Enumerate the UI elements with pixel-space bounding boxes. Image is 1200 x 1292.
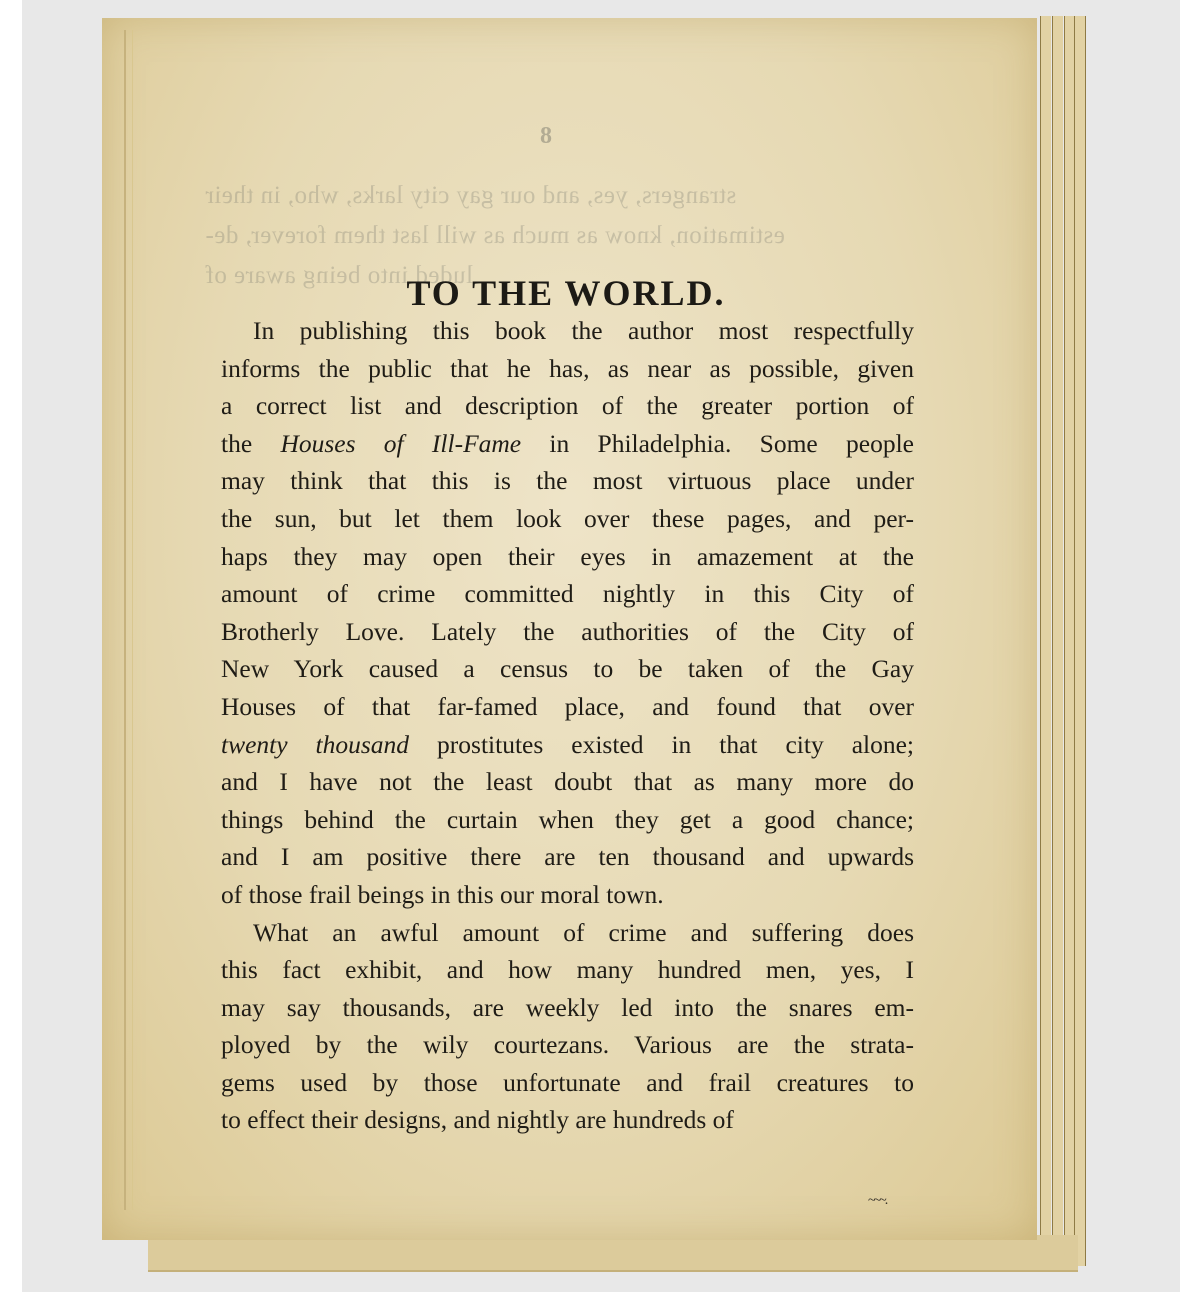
text-line: Brotherly Love. Lately the authorities o… — [221, 613, 914, 651]
paragraph: In publishing this book the author most … — [221, 312, 914, 914]
text-line: haps they may open their eyes in amazeme… — [221, 538, 914, 576]
bleed-through-line: estimation, know as much as will last th… — [205, 222, 785, 250]
text-line: the Houses of Ill-Fame in Philadelphia. … — [221, 425, 914, 463]
text-line: Houses of that far-famed place, and foun… — [221, 688, 914, 726]
text-line: What an awful amount of crime and suffer… — [221, 914, 914, 952]
page-edge — [1074, 16, 1086, 1266]
text-line: of those frail beings in this our moral … — [221, 876, 914, 914]
text-line: ployed by the wily courtezans. Various a… — [221, 1026, 914, 1064]
text-line: things behind the curtain when they get … — [221, 801, 914, 839]
italic-phrase: twenty thousand — [221, 730, 409, 759]
text-line: New York caused a census to be taken of … — [221, 650, 914, 688]
text-line: informs the public that he has, as near … — [221, 350, 914, 388]
text-line: may think that this is the most virtuous… — [221, 462, 914, 500]
text-line: and I have not the least doubt that as m… — [221, 763, 914, 801]
text-line: to effect their designs, and nightly are… — [221, 1101, 914, 1139]
body-text: In publishing this book the author most … — [221, 312, 914, 1139]
page-edge — [1040, 16, 1051, 1266]
text-line: a correct list and description of the gr… — [221, 387, 914, 425]
text-line: twenty thousand prostitutes existed in t… — [221, 726, 914, 764]
paragraph: What an awful amount of crime and suffer… — [221, 914, 914, 1140]
binding-fold — [124, 30, 133, 1210]
text-line: this fact exhibit, and how many hundred … — [221, 951, 914, 989]
text-line: In publishing this book the author most … — [221, 312, 914, 350]
bleed-through-line: strangers, yes, and our gay city larks, … — [205, 182, 736, 210]
page-stack-bottom — [148, 1235, 1078, 1272]
italic-phrase: Houses of Ill-Fame — [280, 429, 521, 458]
page-edge — [1052, 16, 1063, 1266]
catchword: ~~~. — [868, 1193, 886, 1209]
text-line: and I am positive there are ten thousand… — [221, 838, 914, 876]
text-line: amount of crime committed nightly in thi… — [221, 575, 914, 613]
page-number-bleed: 8 — [540, 123, 552, 150]
text-line: the sun, but let them look over these pa… — [221, 500, 914, 538]
text-line: gems used by those unfortunate and frail… — [221, 1064, 914, 1102]
page-title: TO THE WORLD. — [0, 272, 1132, 314]
text-line: may say thousands, are weekly led into t… — [221, 989, 914, 1027]
